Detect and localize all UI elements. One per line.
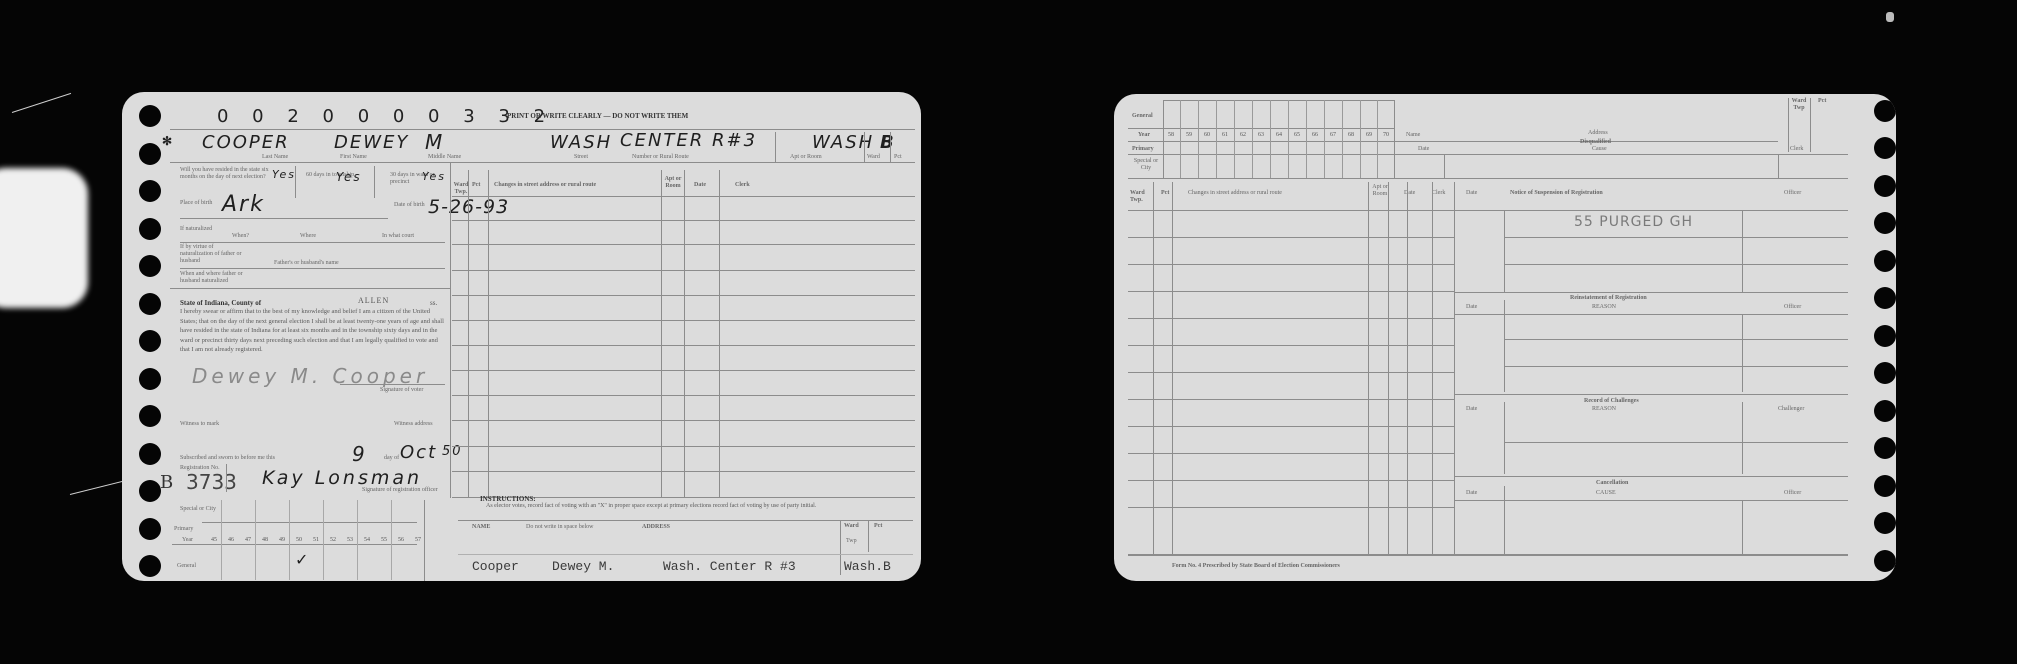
punch-hole (1874, 437, 1896, 459)
cancellation-title: Cancellation (1596, 480, 1628, 487)
row-primary: Primary (174, 526, 193, 533)
rule (170, 162, 915, 163)
rule (840, 520, 841, 575)
rule (202, 522, 417, 523)
day-of-label: day of (384, 455, 399, 462)
punch-hole (1874, 400, 1896, 422)
table-row (452, 345, 915, 346)
rule (1810, 98, 1811, 152)
footer-ward-label: Ward (844, 523, 859, 530)
header-notice: PRINT OR WRITE CLEARLY — DO NOT WRITE TH… (507, 112, 688, 120)
table-row (452, 320, 915, 321)
rule (295, 166, 296, 198)
rule (1444, 154, 1445, 178)
rule (1742, 314, 1743, 392)
table-row (452, 220, 915, 221)
place-of-birth-value: Ark (222, 192, 265, 217)
row-year: Year (1138, 132, 1150, 139)
reinst-date-label: Date (1466, 304, 1477, 311)
rule (340, 384, 445, 385)
canc-officer-label: Officer (1784, 490, 1801, 497)
year-cell: 64 (1270, 132, 1288, 138)
naturalized-when-label: When? (232, 233, 249, 240)
ss-label: ss. (430, 299, 437, 307)
table-row (452, 270, 915, 271)
year-cell: 58 (1162, 132, 1180, 138)
disq-address-label: Address (1588, 130, 1608, 137)
rule (890, 132, 891, 162)
rule (1454, 210, 1848, 211)
table-row (452, 295, 915, 296)
rule (1454, 314, 1848, 315)
rule (374, 166, 375, 198)
rule (1198, 100, 1199, 178)
punch-hole (139, 555, 161, 577)
col-changes: Changes in street address or rural route (1188, 190, 1282, 197)
rule (180, 242, 445, 243)
front-card: 0 0 2 0 0 0 0 3 3 2 PRINT OR WRITE CLEAR… (122, 92, 921, 581)
table-row (1128, 453, 1455, 454)
rule (1504, 264, 1848, 265)
precinct-letter: B (160, 472, 173, 493)
disq-clerk-label: Clerk (1790, 146, 1803, 153)
disq-ward-twp-label: Ward Twp (1790, 98, 1808, 112)
rule (1180, 100, 1181, 178)
year-cell: 68 (1342, 132, 1360, 138)
canc-cause-label: CAUSE (1596, 490, 1616, 497)
table-row (452, 446, 915, 447)
canc-date-label: Date (1466, 490, 1477, 497)
year-cell: 59 (1180, 132, 1198, 138)
row-special-city: Special or City (1132, 158, 1160, 172)
susp-notice-label: Notice of Suspension of Registration (1510, 190, 1603, 197)
row-general: General (177, 563, 196, 570)
table-row (452, 471, 915, 472)
footer-address-label: ADDRESS (642, 524, 670, 531)
year-cell: 62 (1234, 132, 1252, 138)
year-cell: 67 (1324, 132, 1342, 138)
rule (289, 500, 290, 580)
father-when-where-label: When and where father or husband natural… (180, 271, 260, 285)
rule (323, 500, 324, 580)
rule (1216, 100, 1217, 178)
rule (180, 218, 388, 219)
rule (1454, 476, 1848, 477)
scan-artifact-blob (0, 168, 88, 308)
rule (458, 554, 913, 555)
table-row (452, 420, 915, 421)
scan-scratch (12, 93, 71, 113)
rule (868, 520, 869, 552)
street-label: Street (574, 154, 588, 161)
year-cell: 69 (1360, 132, 1378, 138)
punch-hole (139, 518, 161, 540)
year-cell: 57 (408, 537, 428, 543)
father-naturalization-label: If by virtue of naturalization of father… (180, 244, 245, 265)
punch-hole (1874, 250, 1896, 272)
pct-label: Pct (894, 154, 902, 161)
col-date: Date (1404, 190, 1415, 197)
punch-hole (1874, 512, 1896, 534)
rule (1234, 100, 1235, 178)
typed-last-name: Cooper (472, 559, 519, 574)
table-row (1128, 426, 1455, 427)
rule (172, 544, 417, 545)
registration-number: 3733 (186, 470, 237, 494)
reinstatement-title: Reinstatement of Registration (1570, 295, 1647, 302)
residence-answer-state: Yes (272, 168, 296, 181)
rule (1454, 394, 1848, 395)
punch-hole (139, 480, 161, 502)
col-clerk: Clerk (1432, 190, 1445, 197)
challenges-title: Record of Challenges (1584, 398, 1639, 405)
rule (1504, 237, 1848, 238)
ward-value: B (880, 132, 896, 153)
reinst-reason-label: REASON (1592, 304, 1616, 311)
chal-reason-label: REASON (1592, 406, 1616, 413)
footer-name-label: NAME (472, 524, 490, 531)
row-special-city: Special or City (180, 506, 210, 513)
residence-question-state: Will you have resided in the state six m… (180, 167, 275, 181)
disq-date-label: Date (1418, 146, 1429, 153)
route-value: CENTER R#3 (620, 130, 757, 151)
rule (1504, 300, 1505, 392)
row-general: General (1132, 113, 1153, 120)
rule (1504, 366, 1848, 367)
rule (1394, 100, 1395, 178)
table-row (1128, 237, 1455, 238)
witness-address-label: Witness address (394, 421, 433, 428)
county-value: ALLEN (358, 297, 389, 305)
rule (1504, 210, 1505, 292)
footer-twp-label: Twp (846, 538, 857, 545)
rule (1504, 402, 1505, 474)
rule (450, 162, 451, 498)
table-row (1128, 264, 1455, 265)
officer-signature-label: Signature of registration officer (362, 487, 438, 494)
route-label: Number or Rural Route (632, 154, 689, 161)
rule (1163, 100, 1164, 178)
typed-address: Wash. Center R #3 (663, 559, 796, 574)
punch-hole (139, 405, 161, 427)
first-name-value: DEWEY (334, 132, 409, 153)
last-name-value: COOPER (202, 132, 290, 153)
naturalized-label: If naturalized (180, 226, 220, 233)
rule (1128, 141, 1778, 142)
table-row (452, 244, 915, 245)
subscribed-month: Oct (400, 442, 437, 463)
rule (1270, 100, 1271, 178)
table-row (1128, 507, 1455, 508)
rule (1360, 100, 1361, 178)
punch-hole (139, 443, 161, 465)
oath-text: I hereby swear or affirm that to the bes… (180, 307, 445, 355)
scan-scratch (70, 479, 128, 494)
row-primary: Primary (1132, 146, 1154, 153)
col-clerk: Clerk (735, 182, 750, 189)
rule (1454, 292, 1848, 293)
footer-pct-label: Pct (874, 523, 882, 530)
table-row (1128, 318, 1455, 319)
punch-hole (1874, 475, 1896, 497)
typed-ward: Wash.B (844, 559, 891, 574)
rule (775, 132, 776, 162)
rule (1252, 100, 1253, 178)
year-cell: 66 (1306, 132, 1324, 138)
residence-answer-township: Yes (336, 170, 362, 184)
rule (357, 500, 358, 580)
rule (1377, 100, 1378, 178)
voter-signature-label: Signature of voter (380, 387, 423, 394)
disq-name-label: Name (1406, 132, 1420, 139)
punch-hole (139, 368, 161, 390)
rule (1128, 554, 1848, 556)
rule (226, 464, 227, 492)
rule (1788, 98, 1789, 152)
rule (1288, 100, 1289, 178)
row-year: Year (182, 537, 193, 544)
col-pct: Pct (1161, 190, 1169, 197)
naturalized-court-label: In what court (382, 233, 414, 240)
punch-hole (139, 330, 161, 352)
naturalized-where-label: Where (300, 233, 316, 240)
instructions-text: As elector votes, record fact of voting … (486, 502, 916, 510)
year-cell: 60 (1198, 132, 1216, 138)
disq-cause-label: Cause (1592, 146, 1607, 153)
rule (864, 132, 865, 162)
col-date: Date (694, 182, 706, 189)
street-value: WASH (550, 132, 612, 153)
rule (458, 520, 913, 521)
col-apt-room: Apt or Room (1370, 184, 1390, 198)
rule (170, 129, 915, 130)
disq-pct-label: Pct (1818, 98, 1826, 105)
rule (1742, 210, 1743, 292)
last-name-label: Last Name (262, 154, 288, 161)
rule (1742, 500, 1743, 554)
col-pct: Pct (472, 182, 480, 189)
punch-hole (1874, 362, 1896, 384)
rule (1342, 100, 1343, 178)
form-footer: Form No. 4 Prescribed by State Board of … (1172, 563, 1340, 570)
table-row (1128, 291, 1455, 292)
rule (1504, 442, 1848, 443)
rule (1128, 178, 1848, 179)
punch-hole (1874, 287, 1896, 309)
place-of-birth-label: Place of birth (180, 200, 220, 207)
rule (1504, 486, 1505, 554)
col-ward-twp: Ward Twp. (453, 182, 469, 196)
rule (424, 500, 425, 581)
rule (391, 500, 392, 580)
apt-label: Apt or Room (790, 154, 822, 161)
table-row (1128, 372, 1455, 373)
punch-hole (1874, 550, 1896, 572)
subscribed-day: 9 (352, 442, 367, 466)
year-cell: 65 (1288, 132, 1306, 138)
rule (1128, 154, 1848, 155)
scan-speck (1886, 12, 1894, 22)
disq-title: Disqualified (1580, 139, 1611, 146)
table-row (1128, 210, 1455, 211)
punch-hole (139, 293, 161, 315)
table-row (1128, 399, 1455, 400)
punch-hole (139, 180, 161, 202)
rule (170, 288, 450, 289)
punch-hole (1874, 212, 1896, 234)
back-card: General Year Primary Special or City 58 … (1114, 94, 1896, 581)
col-changes: Changes in street address or rural route (494, 182, 596, 189)
rule (1306, 100, 1307, 178)
rule (221, 500, 222, 580)
rule (1504, 339, 1848, 340)
first-name-label: First Name (340, 154, 367, 161)
mr-mrs-mark: ✻ (162, 134, 172, 149)
rule (1128, 128, 1394, 129)
year-cell: 70 (1377, 132, 1395, 138)
date-of-birth-label: Date of birth (394, 202, 426, 209)
table-row (452, 395, 915, 396)
chal-date-label: Date (1466, 406, 1477, 413)
year-cell: 63 (1252, 132, 1270, 138)
rule (255, 500, 256, 580)
punch-hole (1874, 175, 1896, 197)
punch-hole (139, 218, 161, 240)
punch-hole (139, 255, 161, 277)
punch-hole (1874, 325, 1896, 347)
footer-do-not-write-label: Do not write in space below (526, 524, 593, 531)
table-row (1128, 480, 1455, 481)
col-apt-room: Apt or Room (663, 176, 683, 190)
rule (1778, 154, 1779, 178)
middle-name-value: M (425, 130, 444, 154)
rule (1324, 100, 1325, 178)
table-row (1128, 345, 1455, 346)
witness-label: Witness to mark (180, 421, 219, 428)
rule (1742, 402, 1743, 474)
purged-stamp: 55 PURGED GH (1574, 214, 1693, 230)
serial-number: 0 0 2 0 0 0 0 3 3 2 (217, 106, 554, 127)
state-county-label: State of Indiana, County of (180, 299, 261, 307)
father-name-label: Father's or husband's name (274, 260, 339, 267)
table-row (452, 370, 915, 371)
punch-hole (1874, 137, 1896, 159)
typed-first-name: Dewey M. (552, 559, 614, 574)
susp-date-label: Date (1466, 190, 1477, 197)
residence-answer-precinct: Yes (422, 170, 446, 183)
middle-name-label: Middle Name (428, 154, 461, 161)
rule (1454, 500, 1848, 501)
chal-challenger-label: Challenger (1778, 406, 1804, 413)
rule (180, 268, 445, 269)
susp-officer-label: Officer (1784, 190, 1801, 197)
punch-hole (1874, 100, 1896, 122)
col-ward-twp: Ward Twp. (1130, 190, 1150, 204)
punch-hole (139, 105, 161, 127)
punch-hole (139, 143, 161, 165)
reinst-officer-label: Officer (1784, 304, 1801, 311)
ward-label: Ward (867, 154, 880, 161)
subscribed-label: Subscribed and sworn to before me this (180, 455, 275, 462)
officer-signature: Kay Lonsman (262, 467, 422, 489)
general-vote-mark: ✓ (295, 550, 310, 569)
year-cell: 61 (1216, 132, 1234, 138)
table-row (452, 196, 915, 197)
